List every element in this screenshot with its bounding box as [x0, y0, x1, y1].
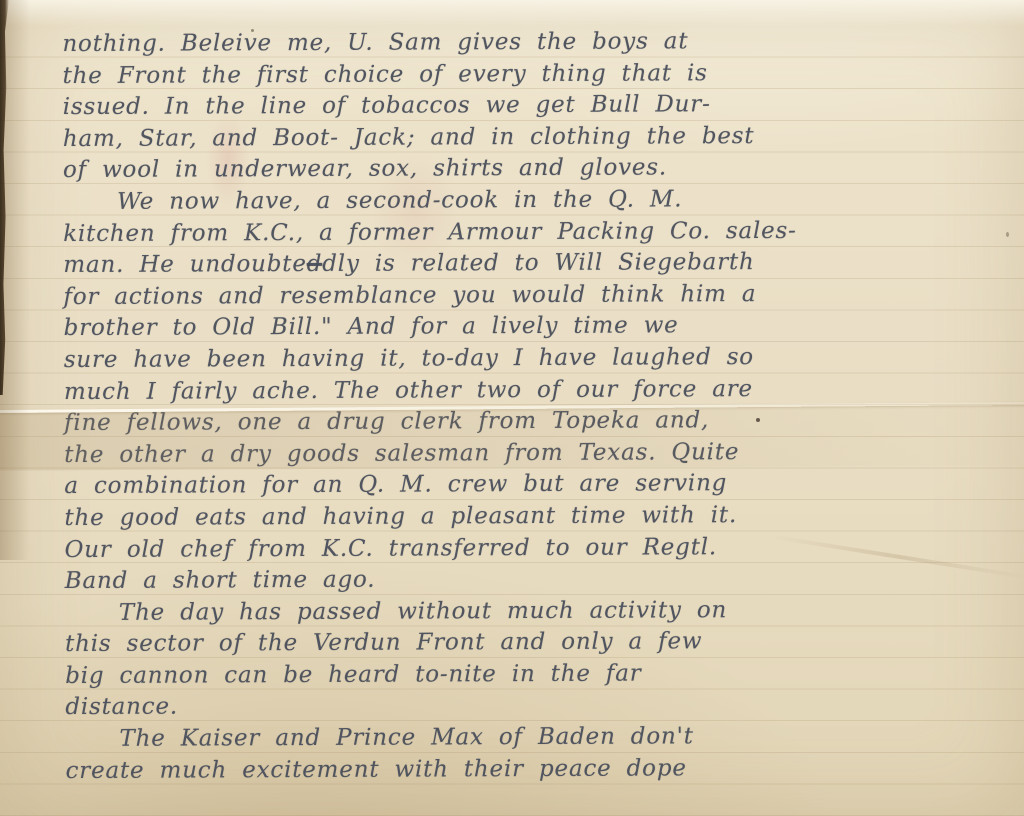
letter-line: We now have, a second-cook in the Q. M.	[63, 183, 1003, 219]
letter-line: sure have been having it, to-day I have …	[64, 341, 1004, 377]
center-fold-shadow	[0, 407, 1024, 470]
letter-line: the good eats and having a pleasant time…	[64, 499, 1004, 535]
letter-line: create much excitement with their peace …	[66, 752, 1006, 788]
crossed-out-text: d	[307, 251, 323, 277]
letter-page: nothing. Beleive me, U. Sam gives the bo…	[0, 0, 1024, 816]
letter-line: a combination for an Q. M. crew but are …	[64, 467, 1004, 503]
letter-line: ham, Star, and Boot- Jack; and in clothi…	[63, 120, 1003, 156]
letter-line: Band a short time ago.	[65, 562, 1005, 598]
letter-line: big cannon can be heard to-nite in the f…	[65, 657, 1005, 693]
letter-line: The Kaiser and Prince Max of Baden don't	[65, 720, 1005, 756]
letter-line: The day has passed without much activity…	[65, 594, 1005, 630]
letter-line: this sector of the Verdun Front and only…	[65, 625, 1005, 661]
letter-line-segment: dly is related to Will Siegebarth	[322, 249, 754, 277]
letter-line: the Front the first choice of every thin…	[62, 57, 1002, 93]
letter-line: of wool in underwear, sox, shirts and gl…	[63, 151, 1003, 187]
letter-line: distance.	[65, 688, 1005, 724]
letter-line: for actions and resemblance you would th…	[63, 278, 1003, 314]
paper-speck	[756, 418, 760, 422]
letter-line: kitchen from K.C., a former Armour Packi…	[63, 215, 1003, 251]
paper-speck	[251, 29, 254, 32]
top-fold-highlight	[0, 0, 1024, 26]
letter-line: nothing. Beleive me, U. Sam gives the bo…	[62, 25, 1002, 61]
letter-line-segment: man. He undoubte	[63, 251, 306, 278]
letter-line: brother to Old Bill." And for a lively t…	[64, 309, 1004, 345]
paper-speck	[1006, 232, 1009, 237]
letter-line: issued. In the line of tobaccos we get B…	[63, 88, 1003, 124]
letter-line: man. He undoubteddly is related to Will …	[63, 246, 1003, 282]
